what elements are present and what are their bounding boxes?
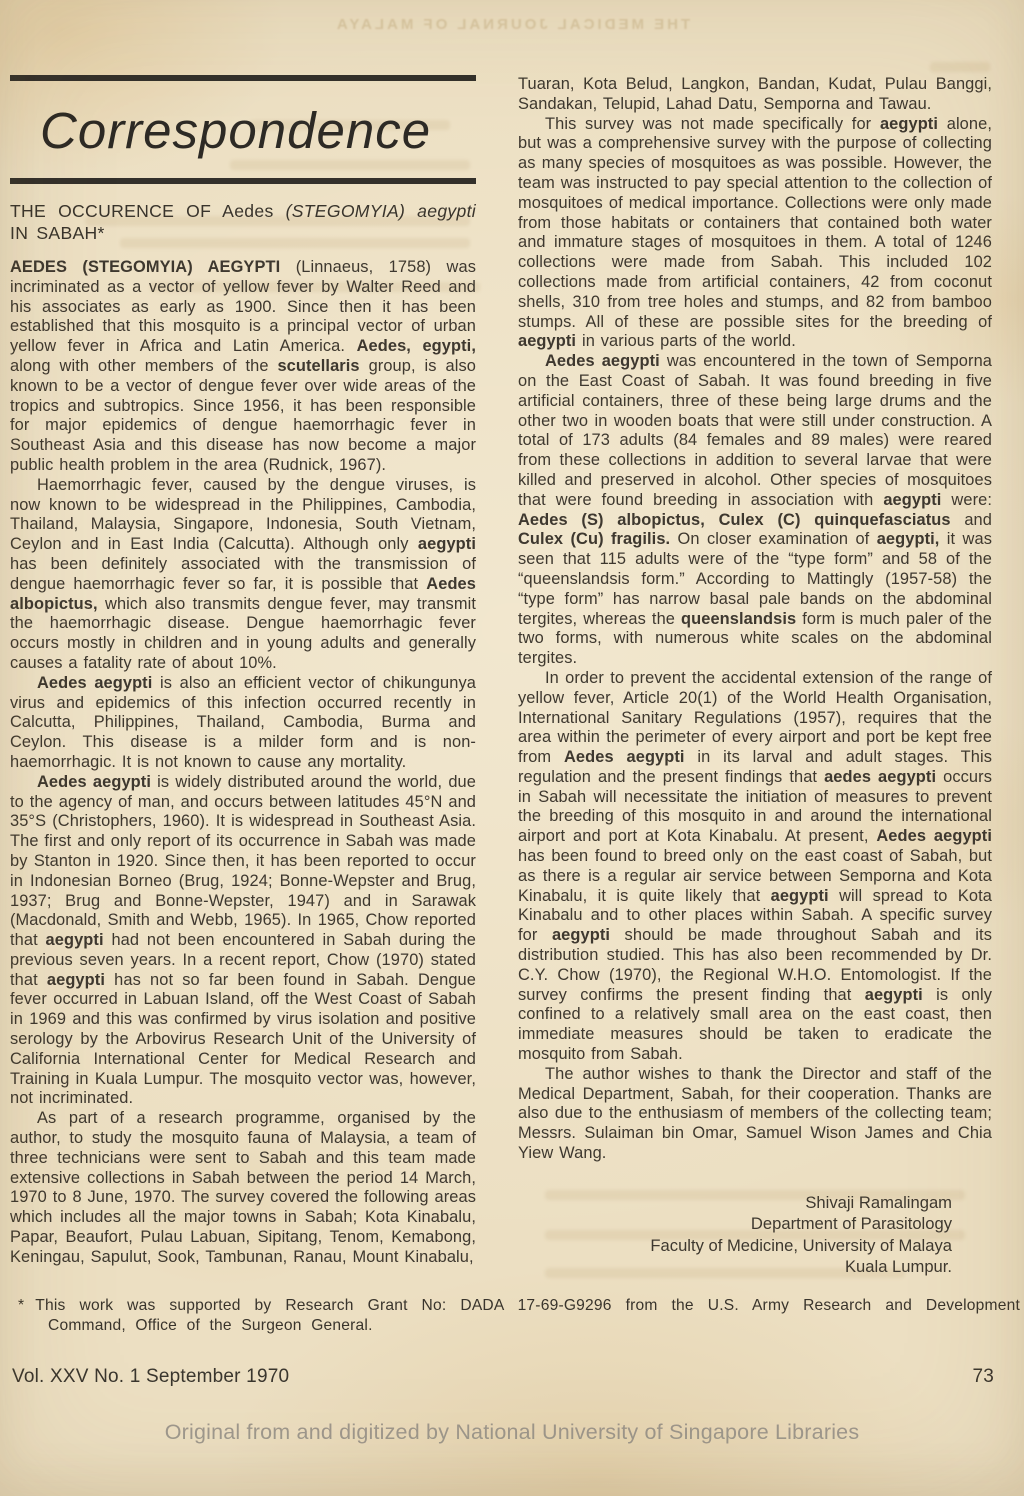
signature-line: Faculty of Medicine, University of Malay… [518, 1235, 952, 1257]
text-run: THE OCCURENCE OF Aedes [10, 201, 286, 221]
digitization-watermark: Original from and digitized by National … [0, 1420, 1024, 1445]
text-run: Tuaran, Kota Belud, Langkon, Bandan, Kud… [518, 75, 992, 113]
text-run: aegypti [865, 986, 923, 1004]
signature-line: Kuala Lumpur. [518, 1256, 952, 1278]
text-run: Aedes aegypti [37, 674, 152, 692]
right-column-text: Tuaran, Kota Belud, Langkon, Bandan, Kud… [518, 75, 992, 1164]
text-run: On closer examination of [670, 530, 877, 548]
text-run: aegypti [883, 491, 941, 509]
paragraph: In order to prevent the accidental exten… [518, 669, 992, 1065]
text-run: Aedes (S) albopictus, Culex (C) quinquef… [518, 511, 951, 529]
showthrough-ghost-line [930, 62, 990, 72]
paragraph: Aedes aegypti is also an efficient vecto… [10, 674, 476, 773]
signature-line: Shivaji Ramalingam [518, 1192, 952, 1214]
text-run: queenslandsis [681, 610, 796, 628]
text-run: aegypti [771, 887, 829, 905]
text-run: aegypti [518, 332, 576, 350]
text-run: was encountered in the town of Semporna … [518, 352, 992, 509]
text-run: scutellaris [277, 357, 359, 375]
left-column: Correspondence THE OCCURENCE OF Aedes (S… [10, 75, 476, 1268]
page-number: 73 [972, 1366, 994, 1388]
volume-line: Vol. XXV No. 1 September 1970 [12, 1366, 289, 1388]
text-run: along with other members of the [10, 357, 277, 375]
text-run: aegypti [47, 971, 105, 989]
text-run: aegypti [46, 931, 104, 949]
text-run: aegypti, [877, 530, 940, 548]
text-run: in various parts of the world. [576, 332, 796, 350]
paragraph: Tuaran, Kota Belud, Langkon, Bandan, Kud… [518, 75, 992, 115]
page-footer: Vol. XXV No. 1 September 1970 73 [12, 1366, 994, 1388]
text-run: Haemorrhagic fever, caused by the dengue… [10, 476, 476, 553]
text-run: has not so far been found in Sabah. Deng… [10, 971, 476, 1108]
footnote-marker: * [18, 1297, 24, 1314]
text-run: (STEGOMYIA) aegypti [286, 201, 476, 221]
showthrough-header-text: THE MEDICAL JOURNAL OF MALAYA [0, 16, 1024, 33]
section-title: Correspondence [10, 101, 476, 160]
footnote: *This work was supported by Research Gra… [18, 1296, 1020, 1335]
heading-rule-bottom [10, 178, 476, 184]
paragraph: Aedes aegypti is widely distributed arou… [10, 773, 476, 1110]
text-run: is widely distributed around the world, … [10, 773, 476, 949]
text-run: aedes aegypti [824, 768, 936, 786]
text-run: Aedes, egypti, [357, 337, 476, 355]
signature-line: Department of Parasitology [518, 1213, 952, 1235]
left-column-text: AEDES (STEGOMYIA) AEGYPTI (Linnaeus, 175… [10, 258, 476, 1268]
text-run: The author wishes to thank the Director … [518, 1065, 992, 1162]
text-run: and [951, 511, 992, 529]
paragraph: Haemorrhagic fever, caused by the dengue… [10, 476, 476, 674]
paragraph: AEDES (STEGOMYIA) AEGYPTI (Linnaeus, 175… [10, 258, 476, 476]
paragraph: Aedes aegypti was encountered in the tow… [518, 352, 992, 669]
text-run: alone, but was a comprehensive survey wi… [518, 115, 992, 331]
text-run: aegypti [880, 115, 938, 133]
article-title: THE OCCURENCE OF Aedes (STEGOMYIA) aegyp… [10, 200, 476, 244]
text-run: Aedes aegypti [545, 352, 660, 370]
right-column: Tuaran, Kota Belud, Langkon, Bandan, Kud… [518, 75, 992, 1278]
paragraph: The author wishes to thank the Director … [518, 1065, 992, 1164]
text-run: aegypti [552, 926, 610, 944]
text-run: Aedes aegypti [37, 773, 151, 791]
text-run: has been definitely associated with the … [10, 555, 476, 593]
text-run: were: [941, 491, 992, 509]
text-run: aegypti [418, 535, 476, 553]
text-run: AEDES (STEGOMYIA) AEGYPTI [10, 258, 296, 276]
text-run: IN SABAH* [10, 223, 105, 243]
paragraph: This survey was not made specifically fo… [518, 115, 992, 353]
signature-block: Shivaji RamalingamDepartment of Parasito… [518, 1192, 992, 1278]
footnote-text: This work was supported by Research Gran… [35, 1297, 1020, 1334]
paragraph: As part of a research programme, organis… [10, 1109, 476, 1267]
text-run: As part of a research programme, organis… [10, 1109, 476, 1266]
text-run: Aedes aegypti [876, 827, 992, 845]
heading-rule-top [10, 75, 476, 81]
text-run: Aedes aegypti [564, 748, 685, 766]
text-run: Culex (Cu) fragilis. [518, 530, 670, 548]
text-run: This survey was not made specifically fo… [545, 115, 880, 133]
